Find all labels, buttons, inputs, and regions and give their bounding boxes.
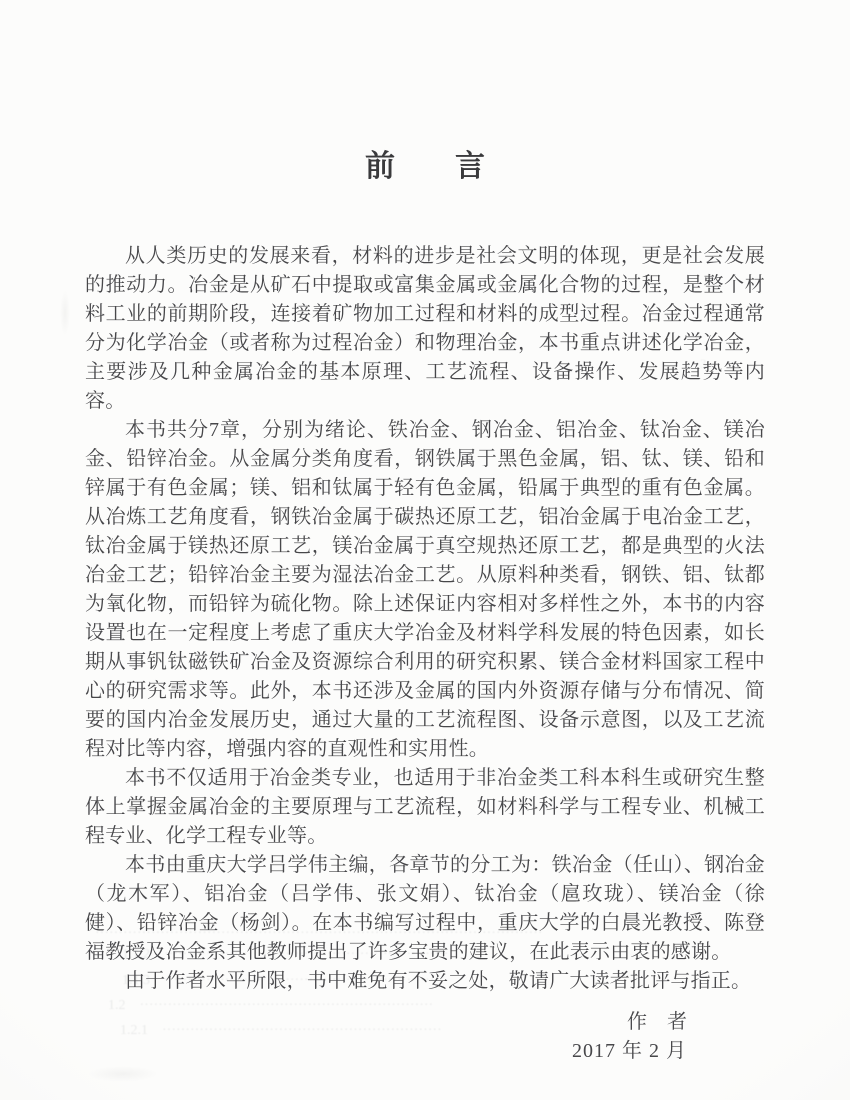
page-title: 前 言 bbox=[85, 148, 765, 186]
scan-smudge bbox=[88, 1066, 158, 1082]
signature-block: 作 者 2017 年 2 月 bbox=[85, 1008, 765, 1066]
paragraph-apology: 由于作者水平所限，书中难免有不妥之处，敬请广大读者批评与指正。 bbox=[85, 967, 765, 996]
scan-smudge bbox=[60, 290, 70, 336]
signature-date: 2017 年 2 月 bbox=[85, 1037, 687, 1066]
scanned-book-page: 前 言 从人类历史的发展来看，材料的进步是社会文明的体现，更是社会发展的推动力。… bbox=[0, 0, 850, 1100]
paragraph-history-intro: 从人类历史的发展来看，材料的进步是社会文明的体现，更是社会发展的推动力。冶金是从… bbox=[85, 242, 765, 416]
preface-content: 前 言 从人类历史的发展来看，材料的进步是社会文明的体现，更是社会发展的推动力。… bbox=[85, 148, 765, 1066]
paragraph-contributors: 本书由重庆大学吕学伟主编，各章节的分工为：铁冶金（任山）、钢冶金（龙木军）、铝冶… bbox=[85, 851, 765, 967]
paragraph-audience: 本书不仅适用于冶金类专业，也适用于非冶金类工科本科生或研究生整体上掌握金属冶金的… bbox=[85, 764, 765, 851]
paragraph-chapter-overview: 本书共分7章，分别为绪论、铁冶金、钢冶金、铝冶金、钛冶金、镁冶金、铅锌冶金。从金… bbox=[85, 416, 765, 764]
author-signature: 作 者 bbox=[85, 1008, 687, 1037]
preface-body: 从人类历史的发展来看，材料的进步是社会文明的体现，更是社会发展的推动力。冶金是从… bbox=[85, 242, 765, 996]
